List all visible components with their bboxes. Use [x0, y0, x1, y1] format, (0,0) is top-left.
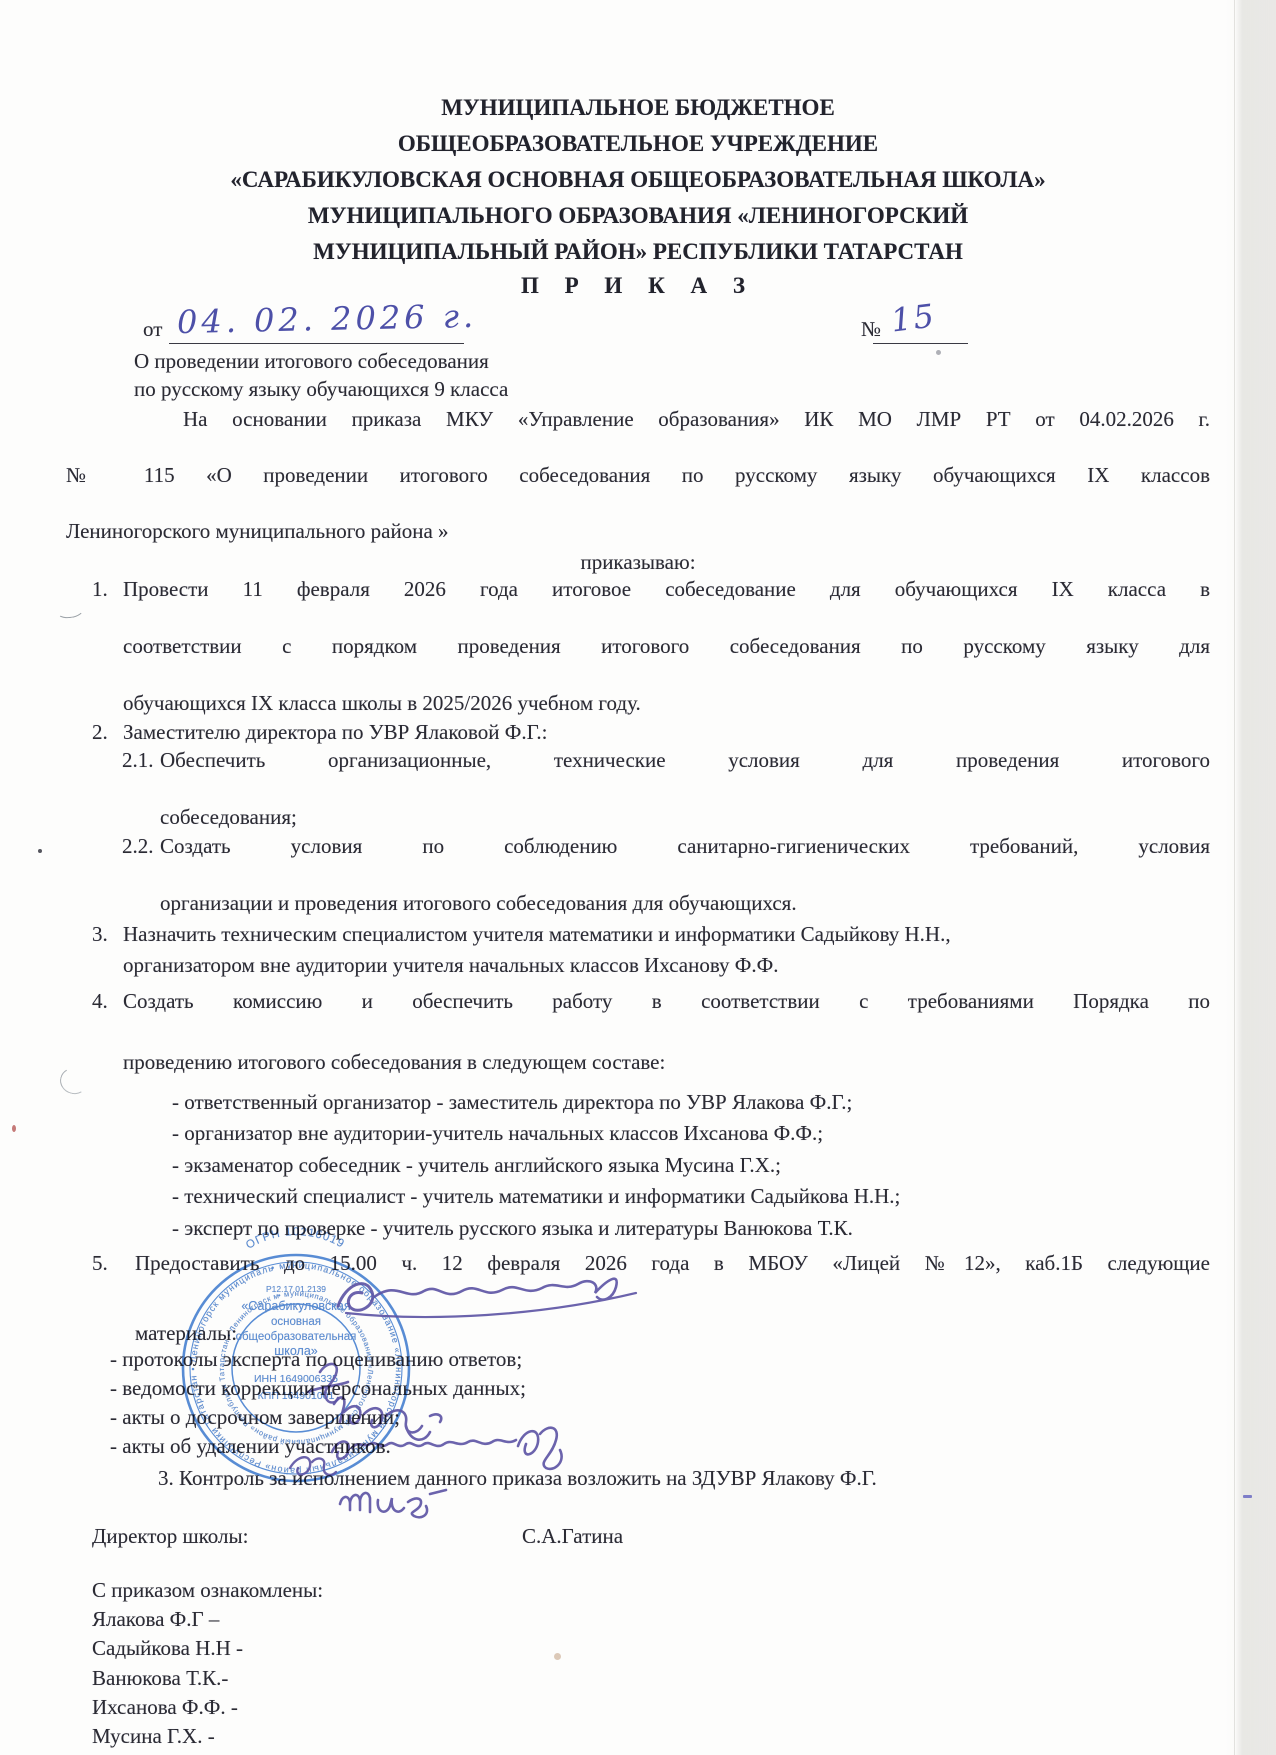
item-number: 2. — [92, 718, 108, 747]
item-line: Создать комиссию и обеспечить работу в с… — [123, 986, 1210, 1047]
org-header-line: МУНИЦИПАЛЬНОГО ОБРАЗОВАНИЯ «ЛЕНИНОГОРСКИ… — [40, 198, 1236, 234]
acknowledgement-block: С приказом ознакомлены: Ялакова Ф.Г – Са… — [92, 1576, 1210, 1751]
order-item-2-2: 2.2. Создать условия по соблюдению санит… — [122, 832, 1210, 918]
order-item-2-1: 2.1. Обеспечить организационные, техниче… — [122, 746, 1210, 832]
ack-name: Ихсанова Ф.Ф. - — [92, 1693, 1210, 1722]
item-number: 3. — [92, 919, 108, 950]
director-name: С.А.Гатина — [522, 1522, 623, 1550]
item-number: 2.1. — [122, 746, 154, 775]
scan-edge-shadow — [1234, 0, 1276, 1755]
item-number: 4. — [92, 986, 108, 1017]
org-header: МУНИЦИПАЛЬНОЕ БЮДЖЕТНОЕ ОБЩЕОБРАЗОВАТЕЛЬ… — [40, 90, 1236, 270]
musina-signature — [340, 1490, 446, 1517]
item-line: обучающихся IX класса школы в 2025/2026 … — [123, 689, 1210, 718]
order-meta-row: от 04. 02. 2026 г. № 15 — [143, 313, 1210, 347]
committee-member: - ответственный организатор - заместител… — [172, 1087, 1210, 1119]
handwritten-date: 04. 02. 2026 г. — [177, 297, 478, 341]
scan-artifact — [57, 1065, 90, 1097]
decree-word: приказываю: — [66, 550, 1210, 575]
basis-line: Лениногорского муниципального района » — [66, 517, 1210, 545]
scan-artifact — [554, 1653, 561, 1660]
org-header-line: ОБЩЕОБРАЗОВАТЕЛЬНОЕ УЧРЕЖДЕНИЕ — [40, 126, 1236, 162]
committee-member: - эксперт по проверке - учитель русского… — [172, 1213, 1210, 1245]
item-number: 2.2. — [122, 832, 154, 861]
committee-member: - технический специалист - учитель матем… — [172, 1181, 1210, 1213]
ack-name: Ялакова Ф.Г – — [92, 1605, 1210, 1634]
item-line: соответствии с порядком проведения итого… — [123, 632, 1210, 689]
scan-artifact — [38, 849, 42, 853]
scanned-order-page: МУНИЦИПАЛЬНОЕ БЮДЖЕТНОЕ ОБЩЕОБРАЗОВАТЕЛЬ… — [0, 0, 1276, 1755]
ack-name: Мусина Г.Х. - — [92, 1722, 1210, 1751]
item-line: Предоставить до 15.00 ч. 12 февраля 2026… — [135, 1246, 1210, 1316]
ack-label: С приказом ознакомлены: — [92, 1576, 1210, 1605]
scan-artifact — [55, 600, 85, 620]
order-item-5: 5. Предоставить до 15.00 ч. 12 февраля 2… — [92, 1246, 1210, 1351]
item-line: собеседования; — [160, 803, 1210, 832]
item-number: 1. — [92, 575, 108, 604]
org-header-line: МУНИЦИПАЛЬНЫЙ РАЙОН» РЕСПУБЛИКИ ТАТАРСТА… — [40, 234, 1236, 270]
org-header-line: «САРАБИКУЛОВСКАЯ ОСНОВНАЯ ОБЩЕОБРАЗОВАТЕ… — [40, 162, 1236, 198]
document-title: П Р И К А З — [0, 273, 1276, 299]
item-line: Обеспечить организационные, технические … — [160, 746, 1210, 803]
order-item-4: 4. Создать комиссию и обеспечить работу … — [92, 986, 1210, 1078]
item-line: Провести 11 февраля 2026 года итоговое с… — [123, 575, 1210, 632]
number-underline — [873, 343, 968, 344]
item-line: Заместителю директора по УВР Ялаковой Ф.… — [123, 718, 1210, 747]
date-underline — [169, 343, 464, 344]
scan-artifact — [12, 1125, 16, 1132]
subject-line: О проведении итогового собеседования — [134, 347, 1210, 375]
materials-list: - протоколы эксперта по оцениванию ответ… — [110, 1345, 1210, 1461]
handwritten-number: 15 — [889, 296, 938, 339]
scan-artifact — [1243, 1495, 1252, 1498]
order-item-2: 2. Заместителю директора по УВР Ялаковой… — [92, 718, 1210, 747]
control-line: 3. Контроль за исполнением данного прика… — [158, 1464, 1210, 1492]
item-line: организации и проведения итогового собес… — [160, 889, 1210, 918]
date-label: от — [143, 317, 162, 342]
committee-list: - ответственный организатор - заместител… — [172, 1087, 1210, 1245]
director-label: Директор школы: — [92, 1524, 248, 1548]
committee-member: - организатор вне аудитории-учитель нача… — [172, 1118, 1210, 1150]
material-item: - акты об удалении участников. — [110, 1432, 1210, 1461]
ack-name: Садыйкова Н.Н - — [92, 1634, 1210, 1663]
item-line: проведению итогового собеседования в сле… — [123, 1047, 1210, 1078]
director-row: Директор школы: С.А.Гатина — [92, 1522, 1210, 1550]
order-item-3: 3. Назначить техническим специалистом уч… — [92, 919, 1210, 980]
basis-line: № 115 «О проведении итогового собеседова… — [66, 461, 1210, 517]
ack-name: Ванюкова Т.К.- — [92, 1664, 1210, 1693]
item-line: организатором вне аудитории учителя нача… — [123, 950, 1210, 981]
item-line: Назначить техническим специалистом учите… — [123, 919, 1210, 950]
material-item: - ведомости коррекции персональных данны… — [110, 1374, 1210, 1403]
org-header-line: МУНИЦИПАЛЬНОЕ БЮДЖЕТНОЕ — [40, 90, 1236, 126]
number-label: № — [861, 317, 881, 342]
scan-artifact — [936, 350, 941, 355]
order-item-1: 1. Провести 11 февраля 2026 года итогово… — [92, 575, 1210, 718]
item-line: материалы: — [135, 1316, 1210, 1351]
material-item: - акты о досрочном завершении; — [110, 1403, 1210, 1432]
item-number: 5. — [92, 1246, 108, 1281]
committee-member: - экзаменатор собеседник - учитель англи… — [172, 1150, 1210, 1182]
item-line: Создать условия по соблюдению санитарно-… — [160, 832, 1210, 889]
subject-line: по русскому языку обучающихся 9 класса — [134, 375, 1210, 403]
basis-line: На основании приказа МКУ «Управление обр… — [66, 405, 1210, 461]
order-subject: О проведении итогового собеседования по … — [134, 347, 1210, 403]
basis-paragraph: На основании приказа МКУ «Управление обр… — [66, 405, 1210, 545]
